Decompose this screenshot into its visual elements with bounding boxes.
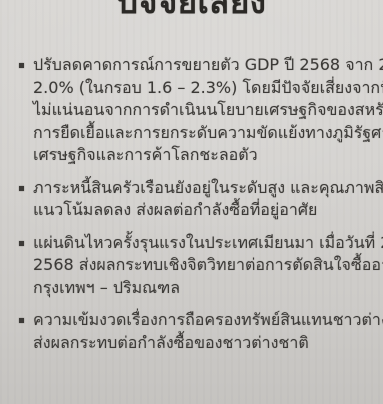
bullet-line: เศรษฐกิจและการค้าโลกชะลอตัว [33,144,373,167]
bullet-line: การยืดเยื้อและการยกระดับความขัดแย้งทางภู… [33,122,373,145]
bullet-item-earthquake: แผ่นดินไหวครั้งรุนแรงในประเทศเมียนมา เมื… [19,232,373,300]
bullet-list: ปรับลดคาดการณ์การขยายตัว GDP ปี 2568 จาก… [19,54,373,364]
bullet-marker-icon [19,63,24,68]
bullet-text: ปรับลดคาดการณ์การขยายตัว GDP ปี 2568 จาก… [33,54,373,167]
bullet-line: ส่งผลกระทบต่อกำลังซื้อของชาวต่างชาติ [33,332,373,355]
bullet-text: แผ่นดินไหวครั้งรุนแรงในประเทศเมียนมา เมื… [33,232,373,300]
bullet-line: ไม่แน่นอนจากการดำเนินนโยบายเศรษฐกิจของสห… [33,99,373,122]
bullet-line: แผ่นดินไหวครั้งรุนแรงในประเทศเมียนมา เมื… [33,232,373,255]
bullet-item-gdp-forecast: ปรับลดคาดการณ์การขยายตัว GDP ปี 2568 จาก… [19,54,373,167]
slide-title: ปัจจัยเสี่ยง [0,0,383,22]
bullet-line: ปรับลดคาดการณ์การขยายตัว GDP ปี 2568 จาก… [33,54,373,77]
bullet-text: ภาระหนี้สินครัวเรือนยังอยู่ในระดับสูง แล… [33,177,373,222]
bullet-item-household-debt: ภาระหนี้สินครัวเรือนยังอยู่ในระดับสูง แล… [19,177,373,222]
bullet-line: 2568 ส่งผลกระทบเชิงจิตวิทยาต่อการตัดสินใ… [33,254,373,277]
bullet-item-nominee-rules: ความเข้มงวดเรื่องการถือครองทรัพย์สินแทนช… [19,309,373,354]
bullet-line: ภาระหนี้สินครัวเรือนยังอยู่ในระดับสูง แล… [33,177,373,200]
bullet-line: กรุงเทพฯ – ปริมณฑล [33,277,373,300]
bullet-line: แนวโน้มลดลง ส่งผลต่อกำลังซื้อที่อยู่อาศั… [33,199,373,222]
bullet-marker-icon [19,186,24,191]
bullet-line: 2.0% (ในกรอบ 1.6 – 2.3%) โดยมีปัจจัยเสี่… [33,77,373,100]
bullet-text: ความเข้มงวดเรื่องการถือครองทรัพย์สินแทนช… [33,309,373,354]
slide: ปัจจัยเสี่ยง ปรับลดคาดการณ์การขยายตัว GD… [0,0,383,404]
bullet-line: ความเข้มงวดเรื่องการถือครองทรัพย์สินแทนช… [33,309,373,332]
bullet-marker-icon [19,318,24,323]
bullet-marker-icon [19,241,24,246]
